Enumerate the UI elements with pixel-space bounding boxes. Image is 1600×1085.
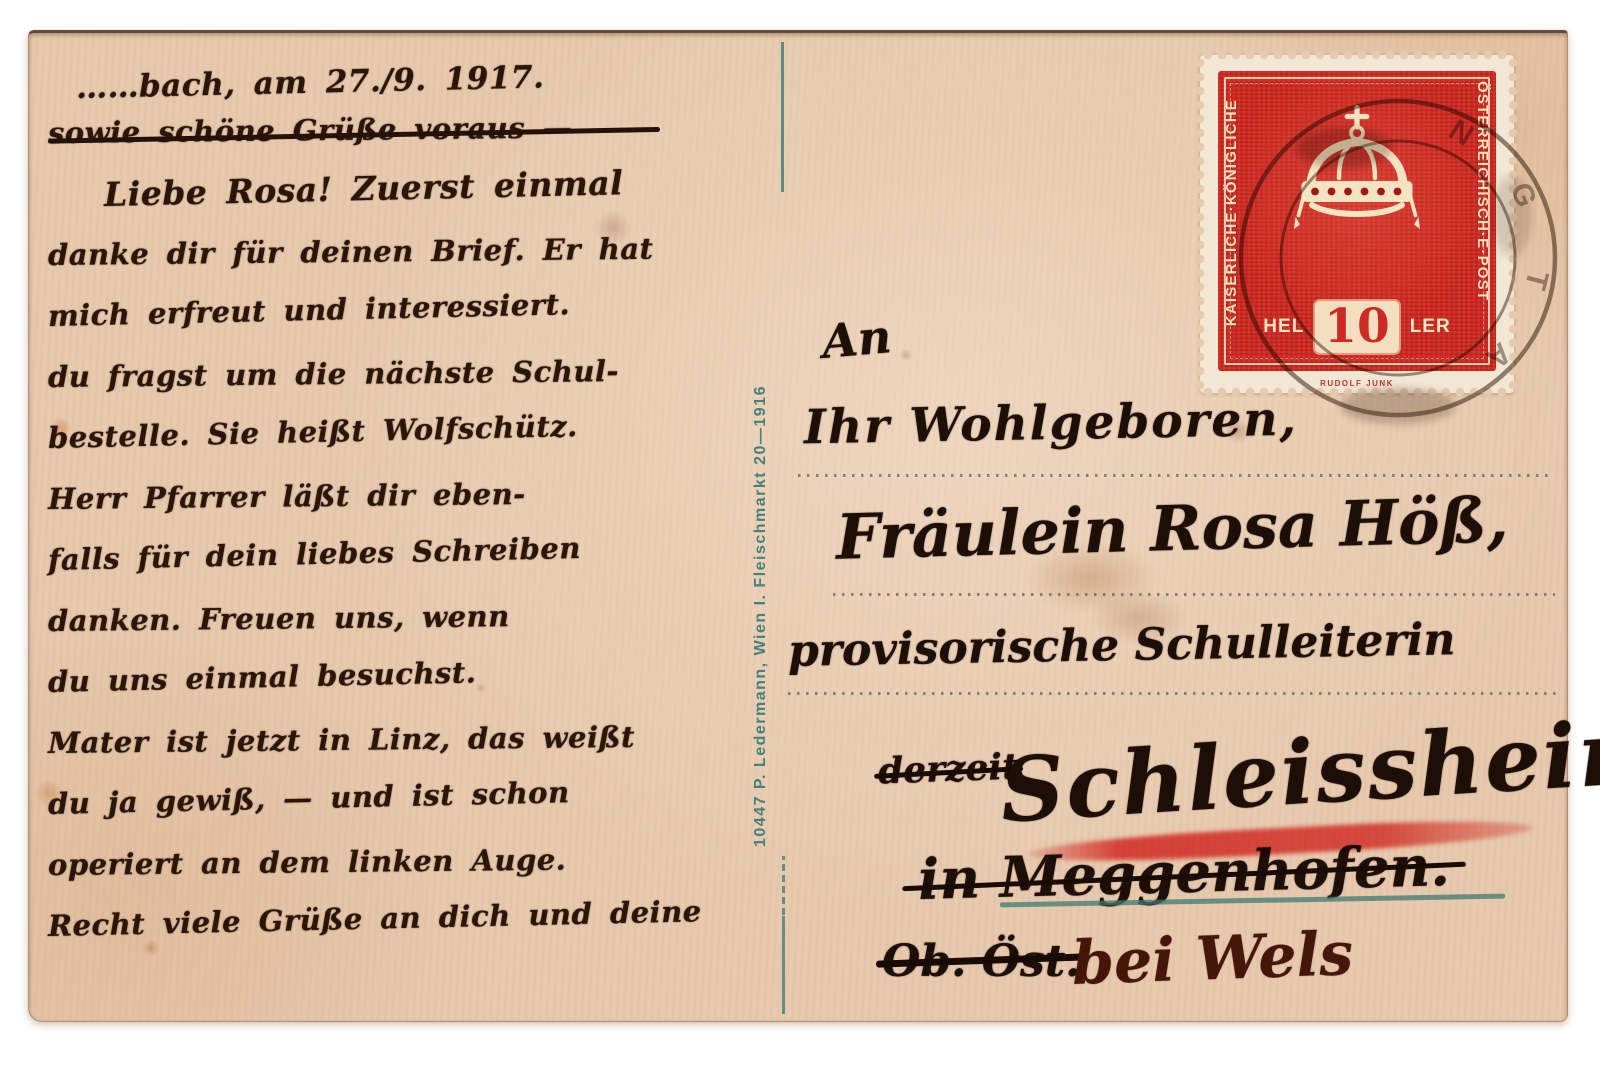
recipient-name: Fräulein Rosa Höß, bbox=[835, 483, 1509, 574]
recipient-title: provisorische Schulleiterin bbox=[788, 614, 1456, 677]
stamp-design: KAISERLICHE·KÖNIGLICHE ÖSTERREICHISCH·E·… bbox=[1218, 71, 1496, 371]
stamp-right-text: ÖSTERREICHISCH·E·POST bbox=[1474, 81, 1491, 301]
imprint-divider-top bbox=[781, 42, 784, 192]
postcard-content: ……bach, am 27./9. 1917.sowie schöne Grüß… bbox=[0, 0, 1600, 1085]
stamp-perforation bbox=[1202, 49, 1512, 62]
destination-place: Schleissheim bbox=[997, 698, 1600, 843]
address-dotted-line bbox=[798, 474, 1554, 477]
stamp-designer-text: RUDOLF JUNK bbox=[1200, 379, 1514, 388]
address-dotted-line bbox=[788, 692, 1556, 695]
stamp-value-band: HEL 10 LER bbox=[1244, 299, 1470, 355]
handwritten-line: Liebe Rosa! Zuerst einmal bbox=[103, 150, 743, 225]
postage-stamp: KAISERLICHE·KÖNIGLICHE ÖSTERREICHISCH·E·… bbox=[1200, 55, 1514, 393]
stamp-perforation bbox=[1194, 57, 1207, 391]
address-an: An bbox=[820, 309, 894, 369]
stamp-perforation bbox=[1507, 57, 1520, 391]
destination-near: bei Wels bbox=[1071, 919, 1354, 999]
stamp-left-text: KAISERLICHE·KÖNIGLICHE bbox=[1223, 99, 1240, 326]
imprint-divider-bottom bbox=[782, 856, 785, 1014]
struck-region: Ob. Öst. bbox=[882, 936, 1080, 987]
address-dotted-line bbox=[833, 593, 1555, 596]
postcard-scan: ……bach, am 27./9. 1917.sowie schöne Grüß… bbox=[0, 0, 1600, 1085]
stamp-ler-text: LER bbox=[1410, 316, 1451, 338]
address-honorific: Ihr Wohlgeboren, bbox=[804, 392, 1299, 456]
imperial-crown-icon bbox=[1282, 103, 1432, 241]
stamp-value: 10 bbox=[1313, 299, 1400, 355]
stamp-hel-text: HEL bbox=[1263, 316, 1304, 338]
handwritten-message-block: ……bach, am 27./9. 1917.sowie schöne Grüß… bbox=[48, 58, 743, 957]
publisher-imprint-text: 10447 P. Ledermann, Wien I. Fleischmarkt… bbox=[752, 192, 792, 847]
